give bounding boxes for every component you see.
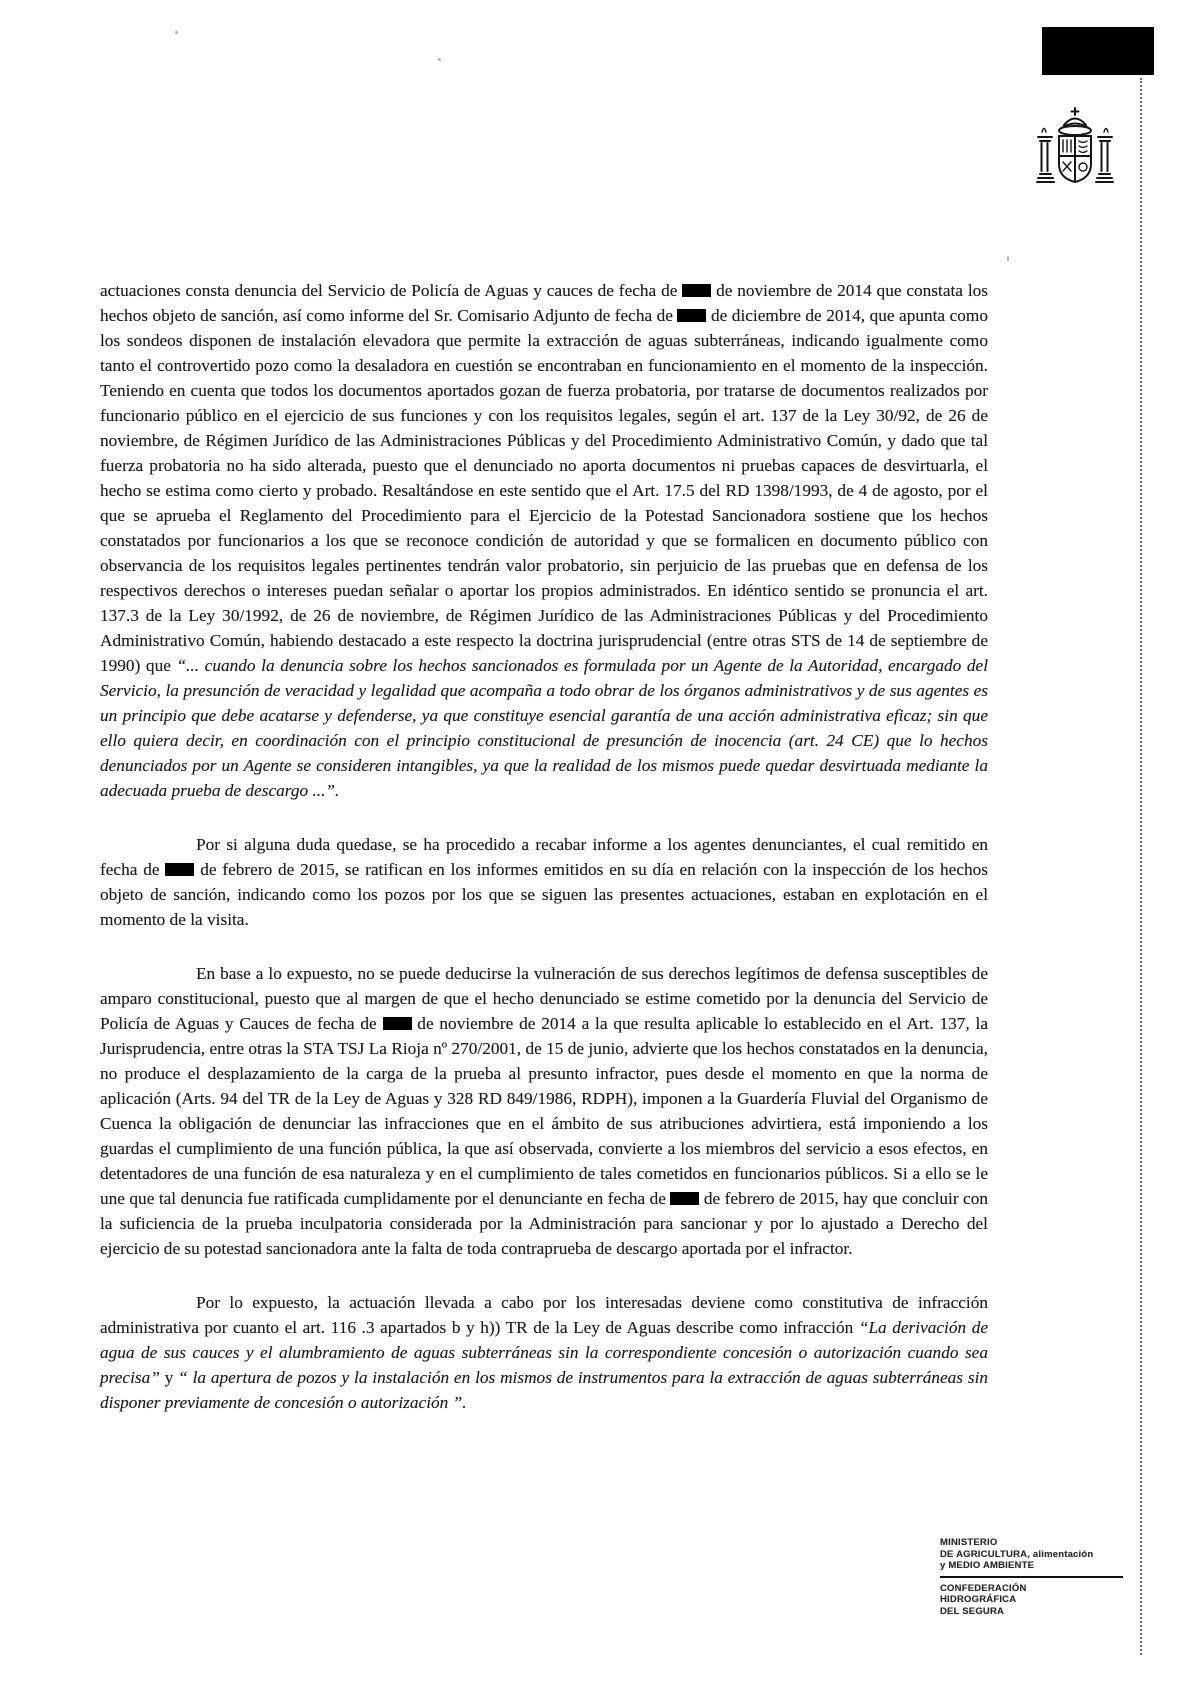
text-run: de febrero de 2015, se ratifican en los …	[100, 860, 988, 929]
ministry-line: y MEDIO AMBIENTE	[940, 1560, 1140, 1572]
page-edge-dotted-line	[1140, 78, 1142, 1655]
paragraph: En base a lo expuesto, no se puede deduc…	[100, 961, 988, 1261]
text-run: Por lo expuesto, la actuación llevada a …	[100, 1293, 988, 1337]
agency-line: HIDROGRÁFICA	[940, 1594, 1140, 1606]
agency-line: CONFEDERACIÓN	[940, 1583, 1140, 1595]
agency-line: DEL SEGURA	[940, 1606, 1140, 1618]
text-run: de diciembre de 2014, que apunta como lo…	[100, 306, 988, 675]
scan-speck	[1007, 256, 1009, 261]
text-run: de noviembre de 2014 a la que resulta ap…	[100, 1014, 988, 1208]
redaction-box	[383, 1017, 412, 1030]
document-body: actuaciones consta denuncia del Servicio…	[100, 278, 988, 1444]
scan-speck	[438, 58, 441, 61]
paragraph: Por si alguna duda quedase, se ha proced…	[100, 832, 988, 932]
redaction-box	[165, 863, 194, 876]
paragraph: actuaciones consta denuncia del Servicio…	[100, 278, 988, 803]
footer-logo-block: MINISTERIO DE AGRICULTURA, alimentación …	[940, 1537, 1140, 1617]
redaction-box	[682, 284, 711, 297]
scanned-document-page: actuaciones consta denuncia del Servicio…	[0, 0, 1190, 1683]
redaction-box	[677, 309, 706, 322]
paragraph: Por lo expuesto, la actuación llevada a …	[100, 1290, 988, 1415]
text-run: actuaciones consta denuncia del Servicio…	[100, 281, 682, 300]
ministry-line: DE AGRICULTURA, alimentación	[940, 1549, 1140, 1561]
text-run: y	[160, 1368, 178, 1387]
footer-divider	[940, 1576, 1123, 1578]
text-run: “ la apertura de pozos y la instalación …	[100, 1368, 988, 1412]
redaction-box	[670, 1192, 699, 1205]
text-run: “... cuando la denuncia sobre los hechos…	[100, 656, 988, 800]
header-redaction-box	[1042, 27, 1154, 75]
scan-speck	[175, 31, 178, 34]
ministry-line: MINISTERIO	[940, 1537, 1140, 1549]
spain-coat-of-arms-icon	[1032, 104, 1118, 200]
